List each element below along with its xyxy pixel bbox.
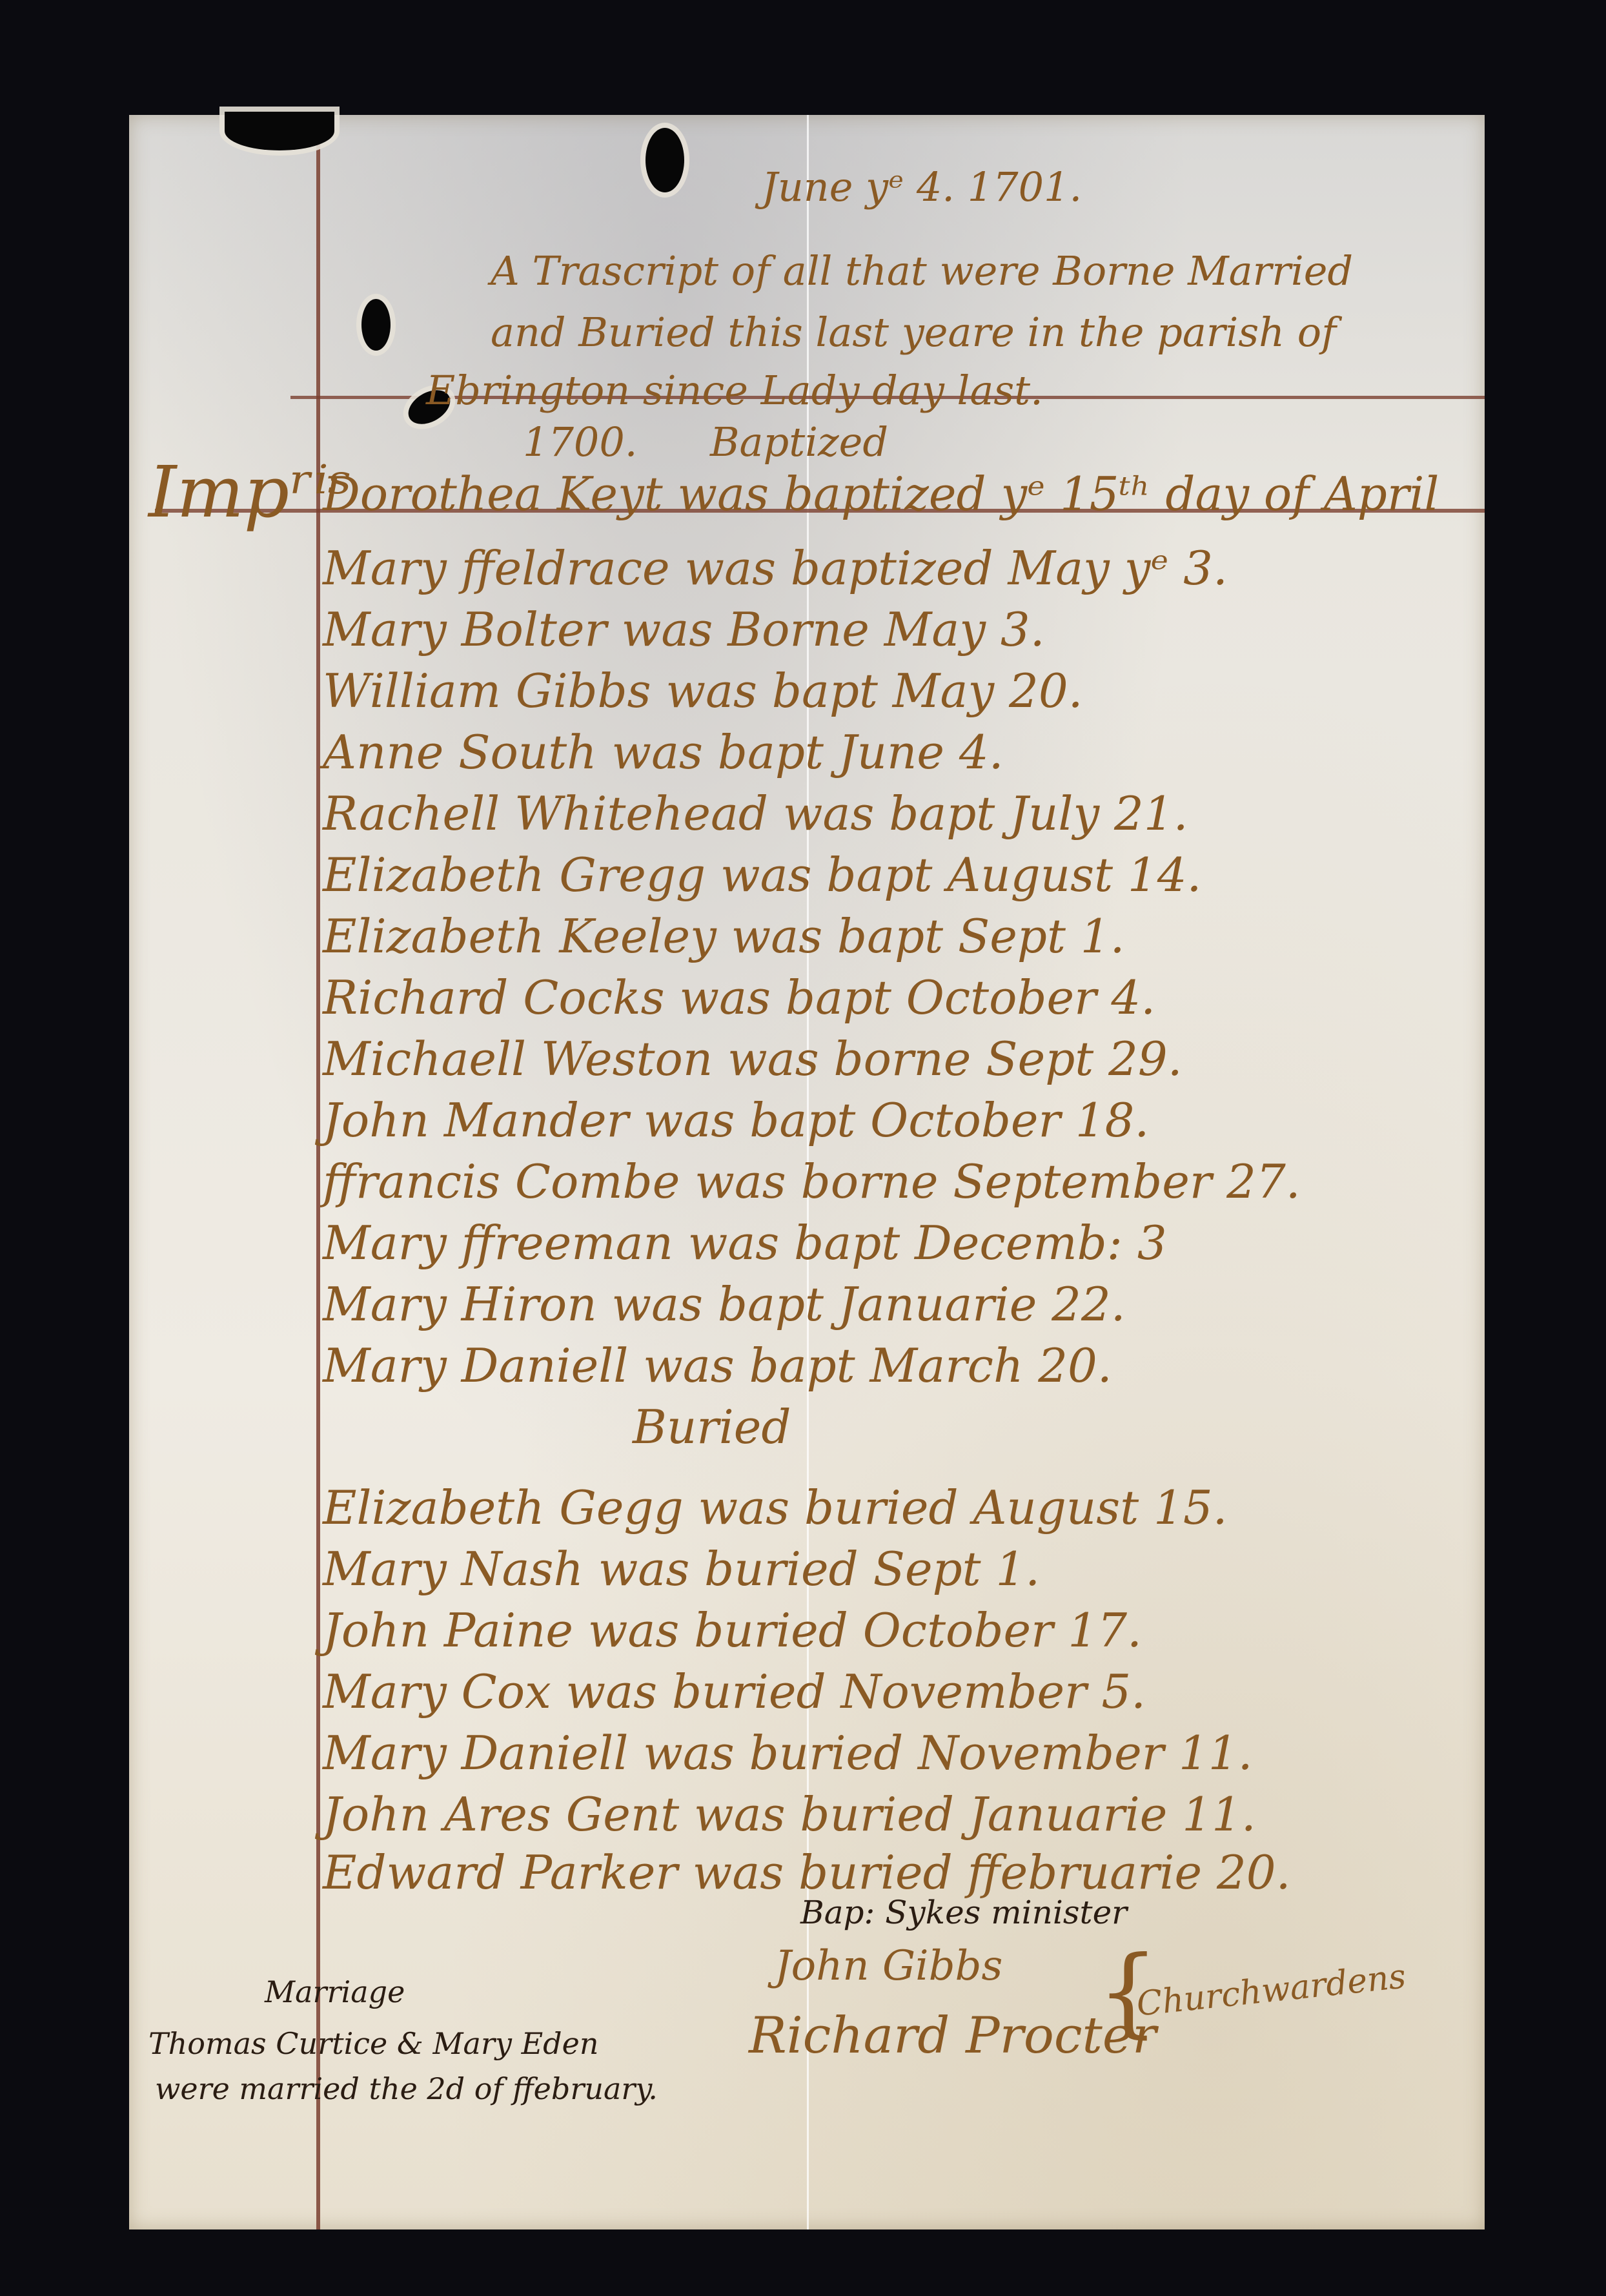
buried-heading: Buried — [633, 1400, 791, 1454]
baptism-entry: Mary ffreeman was bapt Decemb: 3 — [323, 1216, 1167, 1270]
baptism-entry: John Mander was bapt October 18. — [323, 1093, 1149, 1147]
margin-rule — [316, 115, 320, 2229]
burial-entry: Mary Nash was buried Sept 1. — [323, 1542, 1040, 1596]
title-line-2: and Buried this last yeare in the parish… — [491, 309, 1336, 356]
damage-hole — [225, 112, 334, 150]
minister-signature: Bap: Sykes minister — [800, 1894, 1127, 1931]
baptism-entry: Michaell Weston was borne Sept 29. — [323, 1032, 1183, 1086]
baptism-entry: Mary Bolter was Borne May 3. — [323, 602, 1045, 657]
baptism-entry: Mary ffeldrace was baptized May yᵉ 3. — [323, 541, 1228, 595]
burial-entry: Mary Cox was buried November 5. — [323, 1665, 1146, 1719]
date-line: June yᵉ 4. 1701. — [762, 163, 1082, 210]
title-line-3: Ebrington since Lady day last. — [426, 367, 1043, 414]
baptism-entry: William Gibbs was bapt May 20. — [323, 664, 1083, 718]
year-heading: 1700. — [523, 418, 638, 466]
baptized-heading: Baptized — [710, 418, 888, 466]
baptism-entry: Elizabeth Keeley was bapt Sept 1. — [323, 909, 1125, 963]
marriage-heading: Marriage — [265, 1974, 405, 2009]
burial-entry: John Ares Gent was buried Januarie 11. — [323, 1787, 1256, 1841]
baptism-entry: ffrancis Combe was borne September 27. — [323, 1154, 1301, 1209]
baptism-entry: Elizabeth Gregg was bapt August 14. — [323, 848, 1201, 902]
marriage-line-1: Thomas Curtice & Mary Eden — [148, 2026, 598, 2061]
churchwarden-signature-2: Richard Procter — [749, 2007, 1156, 2065]
baptism-entry: Dorothea Keyt was baptized yᵉ 15ᵗʰ day o… — [323, 467, 1439, 521]
damage-hole — [645, 128, 684, 192]
title-line-1: A Trascript of all that were Borne Marri… — [491, 247, 1353, 294]
baptism-entry: Anne South was bapt June 4. — [323, 725, 1004, 779]
churchwarden-signature-1: John Gibbs — [775, 1942, 1002, 1990]
marriage-line-2: were married the 2d of ffebruary. — [155, 2071, 658, 2106]
burial-entry: Elizabeth Gegg was buried August 15. — [323, 1481, 1228, 1535]
imprimis-mark: Impʳⁱˢ — [148, 451, 352, 533]
burial-entry: Edward Parker was buried ffebruarie 20. — [323, 1845, 1290, 1900]
baptism-entry: Mary Hiron was bapt Januarie 22. — [323, 1277, 1126, 1331]
burial-entry: John Paine was buried October 17. — [323, 1603, 1142, 1657]
burial-entry: Mary Daniell was buried November 11. — [323, 1726, 1253, 1780]
baptism-entry: Richard Cocks was bapt October 4. — [323, 970, 1155, 1025]
damage-hole — [361, 299, 391, 351]
baptism-entry: Rachell Whitehead was bapt July 21. — [323, 786, 1188, 841]
parchment-page: June yᵉ 4. 1701. A Trascript of all that… — [129, 115, 1485, 2229]
churchwardens-label: Churchwardens — [1135, 1957, 1408, 2024]
baptism-entry: Mary Daniell was bapt March 20. — [323, 1338, 1112, 1393]
churchwardens-brace: { — [1097, 1936, 1159, 2048]
